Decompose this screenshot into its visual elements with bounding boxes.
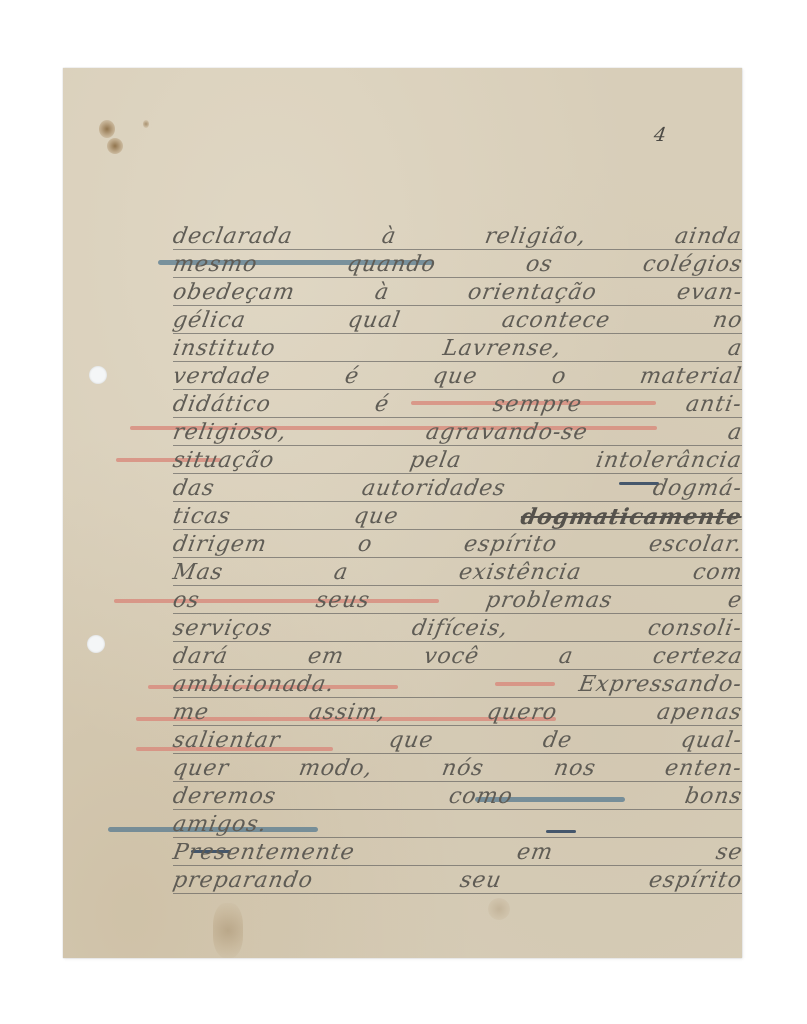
word: difíceis, (410, 618, 510, 640)
handwritten-line: preparandoseuespírito (173, 866, 742, 894)
word: espírito (647, 870, 744, 892)
page-number: 4 (652, 124, 667, 146)
handwritten-line: dasautoridadesdogmá- (173, 474, 742, 502)
word: em (515, 842, 555, 864)
word: instituto (171, 338, 277, 360)
punch-hole-top (89, 366, 107, 384)
word: de (541, 730, 574, 752)
word: à (373, 282, 391, 304)
handwritten-line: ticasquedogmaticamente (173, 502, 742, 530)
handwritten-line: amigos. (173, 810, 742, 838)
stain-mark (107, 138, 123, 154)
word: é (373, 394, 391, 416)
word: situação (171, 450, 276, 472)
word: quer (171, 758, 231, 780)
word: ainda (673, 226, 743, 248)
handwritten-line: quermodo,nósnosenten- (173, 754, 742, 782)
word: mesmo (171, 254, 259, 276)
word: certeza (651, 646, 744, 668)
word: pela (408, 450, 463, 472)
word: intolerância (594, 450, 744, 472)
word: você (422, 646, 481, 668)
word: a (726, 422, 744, 444)
word: à (380, 226, 398, 248)
word: o (550, 366, 568, 388)
word: agravando-se (424, 422, 590, 444)
word: religioso, (171, 422, 288, 444)
word: dará (171, 646, 230, 668)
word: salientar (171, 730, 282, 752)
word: das (171, 478, 216, 500)
word: escolar. (647, 534, 744, 556)
handwritten-line: institutoLavrense,a (173, 334, 742, 362)
word: gélica (171, 310, 248, 332)
stain-mark (488, 898, 510, 920)
word: qual- (679, 730, 744, 752)
handwritten-line: mesmoquandooscolégios (173, 250, 742, 278)
word: se (714, 842, 744, 864)
word: Lavrense, (441, 338, 563, 360)
word: que (352, 506, 400, 528)
word: os (524, 254, 554, 276)
word: é (343, 366, 361, 388)
word: sempre (491, 394, 584, 416)
word: qual (346, 310, 402, 332)
handwritten-line: dirigemoespíritoescolar. (173, 530, 742, 558)
word: acontece (500, 310, 612, 332)
word: que (431, 366, 479, 388)
word: nós (440, 758, 486, 780)
word: com (691, 562, 744, 584)
handwritten-line: situaçãopelaintolerância (173, 446, 742, 474)
word: como (447, 786, 515, 808)
word: a (557, 646, 575, 668)
handwritten-line: Presentementeemse (173, 838, 742, 866)
handwritten-line: gélicaqualaconteceno (173, 306, 742, 334)
word: seus (314, 590, 372, 612)
word: deremos (171, 786, 278, 808)
struck-word: dogmaticamente (519, 506, 743, 528)
word: material (638, 366, 743, 388)
word: obedeçam (171, 282, 297, 304)
word: a (726, 338, 744, 360)
word: enten- (663, 758, 744, 780)
word: assim, (307, 702, 387, 724)
word: religião, (483, 226, 588, 248)
word: colégios (641, 254, 744, 276)
word: espírito (462, 534, 559, 556)
handwritten-line: declaradaàreligião,ainda (173, 222, 742, 250)
word: e (726, 590, 744, 612)
word: problemas (484, 590, 614, 612)
word: quero (485, 702, 559, 724)
handwritten-line: obedeçamàorientaçãoevan- (173, 278, 742, 306)
handwritten-line: religioso,agravando-sea (173, 418, 742, 446)
word: seu (458, 870, 503, 892)
handwritten-line: salientarquedequal- (173, 726, 742, 754)
word: bons (683, 786, 744, 808)
word: verdade (171, 366, 272, 388)
word: a (332, 562, 350, 584)
word: ticas (171, 506, 232, 528)
word: Mas (171, 562, 225, 584)
word: existência (457, 562, 583, 584)
word: no (711, 310, 744, 332)
stain-mark (99, 120, 115, 138)
word: orientação (466, 282, 599, 304)
punch-hole-bottom (87, 635, 105, 653)
handwritten-line: deremoscomobons (173, 782, 742, 810)
word: modo, (297, 758, 374, 780)
stain-mark (143, 120, 149, 128)
handwritten-line: daráemvocêacerteza (173, 642, 742, 670)
word: ambicionada. (171, 674, 336, 696)
handwritten-line: serviçosdifíceis,consoli- (173, 614, 742, 642)
word: em (306, 646, 346, 668)
word: os (171, 590, 201, 612)
word: dirigem (171, 534, 269, 556)
word: apenas (655, 702, 744, 724)
word: me (171, 702, 211, 724)
handwritten-line: verdadeéqueomaterial (173, 362, 742, 390)
word: amigos. (171, 814, 269, 836)
word: nos (552, 758, 598, 780)
word: Expressando- (577, 674, 744, 696)
word: evan- (675, 282, 744, 304)
word: didático (171, 394, 273, 416)
handwritten-line: osseusproblemase (173, 586, 742, 614)
word: que (387, 730, 435, 752)
word: quando (345, 254, 438, 276)
word: autoridades (360, 478, 507, 500)
manuscript-page: 4 declaradaàreligião,aindamesmoquandoosc… (63, 68, 742, 958)
handwritten-line: didáticoésempreanti- (173, 390, 742, 418)
word: o (356, 534, 374, 556)
handwritten-line: Masaexistênciacom (173, 558, 742, 586)
handwritten-line: meassim,queroapenas (173, 698, 742, 726)
word: declarada (171, 226, 294, 248)
word: Presentemente (171, 842, 356, 864)
word: preparando (171, 870, 315, 892)
word: serviços (171, 618, 274, 640)
word: dogmá- (651, 478, 744, 500)
word: consoli- (646, 618, 744, 640)
handwritten-line: ambicionada.Expressando- (173, 670, 742, 698)
word: anti- (684, 394, 743, 416)
stain-mark (213, 903, 243, 958)
